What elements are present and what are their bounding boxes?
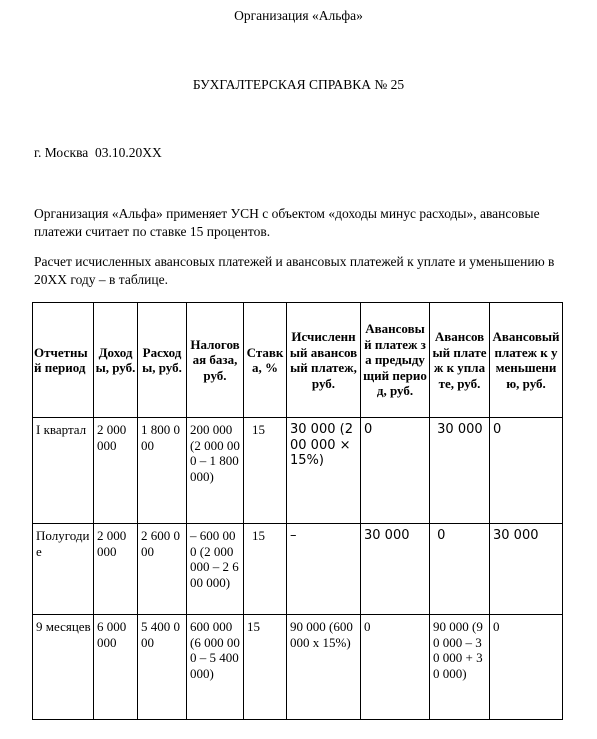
cell-payment-due: 90 000 (90 000 – 30 000 + 30 000) — [430, 615, 490, 720]
header-expenses: Расходы, руб. — [138, 303, 187, 418]
cell-rate: 15 — [244, 524, 287, 615]
cell-payment-reduction: 0 — [490, 418, 563, 524]
cell-period: 9 месяцев — [33, 615, 94, 720]
cell-expenses: 2 600 000 — [138, 524, 187, 615]
cell-tax-base: 600 000 (6 000 000 – 5 400 000) — [187, 615, 244, 720]
advance-payments-table: Отчетный период Доходы, руб. Расходы, ру… — [32, 302, 563, 720]
header-rate: Ставка, % — [244, 303, 287, 418]
header-income: Доходы, руб. — [94, 303, 138, 418]
cell-income: 2 000 000 — [94, 418, 138, 524]
cell-payment-reduction: 0 — [490, 615, 563, 720]
cell-income: 2 000 000 — [94, 524, 138, 615]
cell-expenses: 5 400 000 — [138, 615, 187, 720]
cell-rate: 15 — [244, 418, 287, 524]
cell-tax-base: – 600 000 (2 000 000 – 2 600 000) — [187, 524, 244, 615]
cell-payment-due: 0 — [430, 524, 490, 615]
organization-header: Организация «Альфа» — [0, 8, 597, 24]
header-previous-payment: Авансовый платеж за предыдущий период, р… — [361, 303, 430, 418]
table-row: Полугодие 2 000 000 2 600 000 – 600 000 … — [33, 524, 563, 615]
cell-previous-payment: 0 — [361, 615, 430, 720]
cell-tax-base: 200 000 (2 000 000 – 1 800 000) — [187, 418, 244, 524]
header-calculated-payment: Исчисленный авансовый платеж, руб. — [287, 303, 361, 418]
table-intro-paragraph: Расчет исчисленных авансовых платежей и … — [34, 253, 574, 289]
table-header-row: Отчетный период Доходы, руб. Расходы, ру… — [33, 303, 563, 418]
table-row: 9 месяцев 6 000 000 5 400 000 600 000 (6… — [33, 615, 563, 720]
header-period: Отчетный период — [33, 303, 94, 418]
cell-income: 6 000 000 — [94, 615, 138, 720]
header-payment-reduction: Авансовый платеж к уменьшению, руб. — [490, 303, 563, 418]
cell-calculated-payment: 30 000 (200 000 × 15%) — [287, 418, 361, 524]
cell-calculated-payment: – — [287, 524, 361, 615]
cell-payment-due: 30 000 — [430, 418, 490, 524]
header-payment-due: Авансовый платеж к уплате, руб. — [430, 303, 490, 418]
document-title: БУХГАЛТЕРСКАЯ СПРАВКА № 25 — [0, 77, 597, 93]
cell-rate: 15 — [244, 615, 287, 720]
header-tax-base: Налоговая база, руб. — [187, 303, 244, 418]
place-and-date: г. Москва 03.10.20ХХ — [34, 145, 162, 161]
cell-previous-payment: 0 — [361, 418, 430, 524]
cell-expenses: 1 800 000 — [138, 418, 187, 524]
table-row: I квартал 2 000 000 1 800 000 200 000 (2… — [33, 418, 563, 524]
intro-paragraph: Организация «Альфа» применяет УСН с объе… — [34, 205, 574, 241]
cell-previous-payment: 30 000 — [361, 524, 430, 615]
cell-calculated-payment: 90 000 (600 000 x 15%) — [287, 615, 361, 720]
cell-payment-reduction: 30 000 — [490, 524, 563, 615]
cell-period: Полугодие — [33, 524, 94, 615]
cell-period: I квартал — [33, 418, 94, 524]
